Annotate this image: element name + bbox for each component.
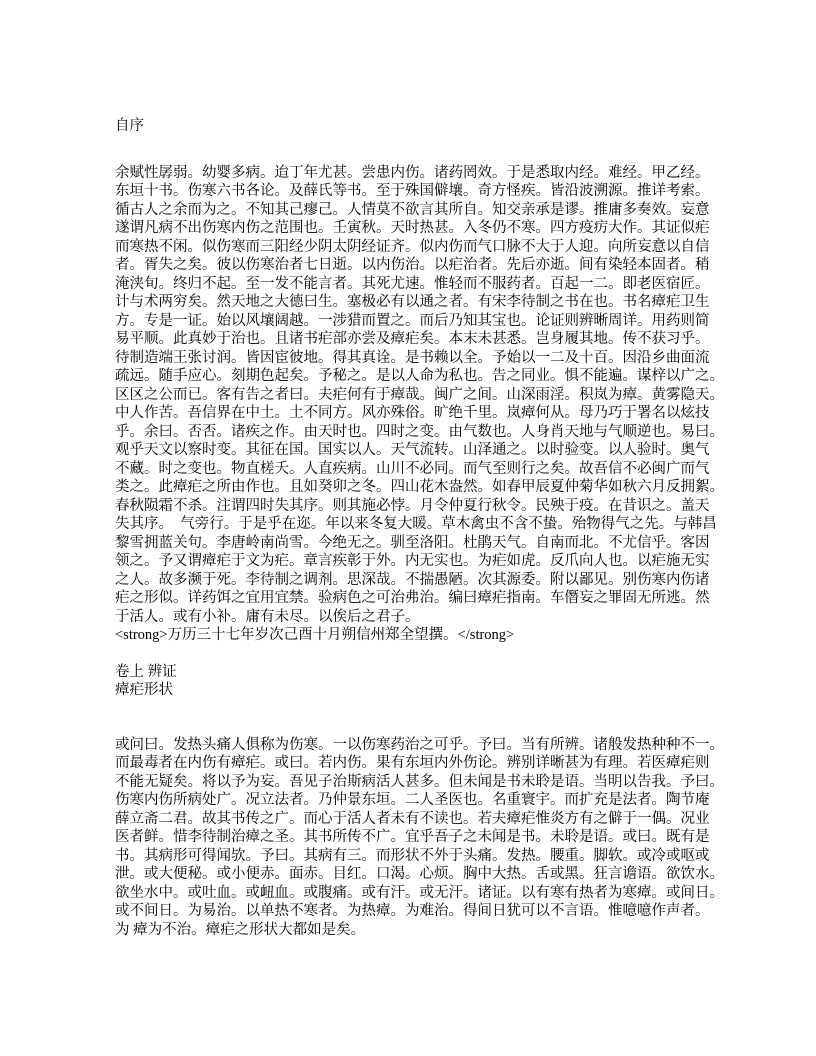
- preface-paragraph: 余赋性孱弱。幼婴多病。迨丁年尤甚。尝患内伤。诸药罔效。于是悉取内经。难经。甲乙经…: [115, 164, 786, 627]
- text-line: 失其序。 气旁行。于是乎在迩。年以来冬复大暖。草木禽虫不含不蛰。殆物得气之先。与…: [115, 515, 786, 534]
- text-line: 待制造端王张讨润。皆因宦彼地。得其真诠。是书赖以全。予始以一二及十百。因沿乡曲面…: [115, 349, 786, 368]
- document-content: 自序 余赋性孱弱。幼婴多病。迨丁年尤甚。尝患内伤。诸药罔效。于是悉取内经。难经。…: [115, 117, 786, 939]
- text-line: 春秋陨霜不杀。注谓四时失其序。则其施必悖。月令仲夏行秋令。民殃于疫。在昔识之。盖…: [115, 497, 786, 516]
- text-line: 泄。或大便秘。或小便赤。面赤。目红。口渴。心烦。胸中大热。舌或黑。狂言谵语。欲饮…: [115, 865, 786, 884]
- text-line: 或不间日。为易治。以单热不寒者。为热瘴。为难治。得间日犹可以不言语。惟噫噫作声者…: [115, 902, 786, 921]
- text-line: 东垣十书。伤寒六书各论。及薛氏等书。至于殊国僻壤。奇方怪疾。皆沿波溯源。推详考索…: [115, 182, 786, 201]
- text-line: 之人。故多濒于死。李待制之调剂。思深哉。不揣愚陋。次其源委。附以鄙见。别伤寒内伤…: [115, 571, 786, 590]
- text-line: 观乎天文以察时变。其征在国。国实以人。天气流转。山泽通之。以时验变。以人验时。奥…: [115, 441, 786, 460]
- text-line: 不藏。时之变也。物直槎夭。人直疾病。山川不必同。而气至则行之矣。故吾信不必闽广而…: [115, 460, 786, 479]
- body-paragraph: 或问曰。发热头痛人俱称为伤寒。一以伤寒药治之可乎。予曰。当有所辨。诸般发热种种不…: [115, 736, 786, 940]
- chapter-heading: 卷上 辨证: [115, 663, 786, 682]
- text-line: 医者鲜。惜李待制治瘴之圣。其书所传不广。宜乎吾子之未闻是书。未聆是语。或曰。既有…: [115, 828, 786, 847]
- text-line: 中人作苦。吾信界在中土。土不同方。风亦殊俗。旷绝千里。岚瘴何从。母乃巧于署名以炫…: [115, 404, 786, 423]
- text-line: 遂谓凡病不出伤寒内伤之范围也。壬寅秋。天时热甚。入冬仍不寒。四方疫疠大作。其证似…: [115, 219, 786, 238]
- section-heading-block: 卷上 辨证 瘴疟形状: [115, 663, 786, 700]
- text-line: 者。胥失之矣。彼以伤寒治者七日逝。以内伤治。以疟治者。先后亦逝。间有染轻本固者。…: [115, 256, 786, 275]
- text-line: 余赋性孱弱。幼婴多病。迨丁年尤甚。尝患内伤。诸药罔效。于是悉取内经。难经。甲乙经…: [115, 164, 786, 183]
- text-line: 于活人。或有小补。庸有未尽。以俟后之君子。: [115, 608, 786, 627]
- text-line: 而最毒者在内伤有瘴疟。或曰。若内伤。果有东垣内外伤论。辨别详晰甚为有理。若医瘴疟…: [115, 754, 786, 773]
- text-line: 领之。予又谓瘴疟于文为疟。章言疾彰于外。内无实也。为疟如虎。反爪向人也。以疟施无…: [115, 552, 786, 571]
- text-line: 书。其病形可得闻欤。予曰。其病有三。而形状不外于头痛。发热。腰重。脚软。或冷或呕…: [115, 847, 786, 866]
- text-line: 区区之公而已。客有告之者曰。夫疟何有于瘴哉。闽广之间。山深雨淫。积岚为瘴。黄雾隐…: [115, 386, 786, 405]
- text-line: 不能无疑矣。将以予为妄。吾见子治斯病活人甚多。但未闻是书未聆是语。当明以告我。予…: [115, 773, 786, 792]
- text-line: 而寒热不闲。似伤寒而三阳经少阴太阴经证齐。似内伤而气口脉不大于人迎。向所妄意以自…: [115, 238, 786, 257]
- text-line: 伤寒内伤所病处广。况立法者。乃仲景东垣。二人圣医也。名重寰宇。而扩充是法者。陶节…: [115, 791, 786, 810]
- document-page: 自序 余赋性孱弱。幼婴多病。迨丁年尤甚。尝患内伤。诸药罔效。于是悉取内经。难经。…: [0, 0, 816, 1056]
- text-line: 薛立斋二君。故其书传之广。而心于活人者未有不读也。若夫瘴疟惟炎方有之僻于一偶。况…: [115, 810, 786, 829]
- preface-title: 自序: [115, 117, 786, 136]
- colophon-line: <strong>万历三十七年岁次己酉十月朔信州郑全望撰。</strong>: [115, 626, 786, 645]
- text-line: 方。专是一证。始以风壤阔越。一涉猎而置之。而后乃知其宝也。论证则辨晰周详。用药则…: [115, 312, 786, 331]
- text-line: 循古人之余而为之。不知其己瘳己。人情莫不欲言其所自。知交亲承是谬。推庸多奏效。妄…: [115, 201, 786, 220]
- text-line: 疟之形似。详药饵之宜用宜禁。验病色之可治弗治。编曰瘴疟指南。车僭妄之罪固无所逃。…: [115, 589, 786, 608]
- text-line: 为 瘴为不治。瘴疟之形状大都如是矣。: [115, 921, 786, 940]
- text-line: 黎雪拥蓝关句。李唐岭南尚雪。今绝无之。驯至洛阳。杜鹃天气。自南而北。不尤信乎。客…: [115, 534, 786, 553]
- section-topic-heading: 瘴疟形状: [115, 681, 786, 700]
- text-line: 易平顺。此真妙于治也。且诸书疟部亦尝及瘴疟矣。本末未甚悉。岂身履其地。传不获习乎…: [115, 330, 786, 349]
- text-line: 欲坐水中。或吐血。或衄血。或腹痛。或有汗。或无汗。诸证。以有寒有热者为寒瘴。或间…: [115, 884, 786, 903]
- text-line: 淹浃旬。终归不起。至一发不能言者。其死尤速。惟轻而不服药者。百起一二。即老医宿匠…: [115, 275, 786, 294]
- text-line: 疏远。随手应心。刻期色起矣。予秘之。是以人命为私也。告之同业。惧不能遍。谋梓以广…: [115, 367, 786, 386]
- text-line: 计与术两穷矣。然天地之大德曰生。塞极必有以通之者。有宋李待制之书在也。书名瘴疟卫…: [115, 293, 786, 312]
- text-line: 或问曰。发热头痛人俱称为伤寒。一以伤寒药治之可乎。予曰。当有所辨。诸般发热种种不…: [115, 736, 786, 755]
- text-line: 乎。余曰。否否。诸疾之作。由天时也。四时之变。由气数也。人身肖天地与气顺逆也。易…: [115, 423, 786, 442]
- text-line: 类之。此瘴疟之所由作也。且如癸卯之冬。四山花木盎然。如春甲辰夏仲菊华如秋六月反拥…: [115, 478, 786, 497]
